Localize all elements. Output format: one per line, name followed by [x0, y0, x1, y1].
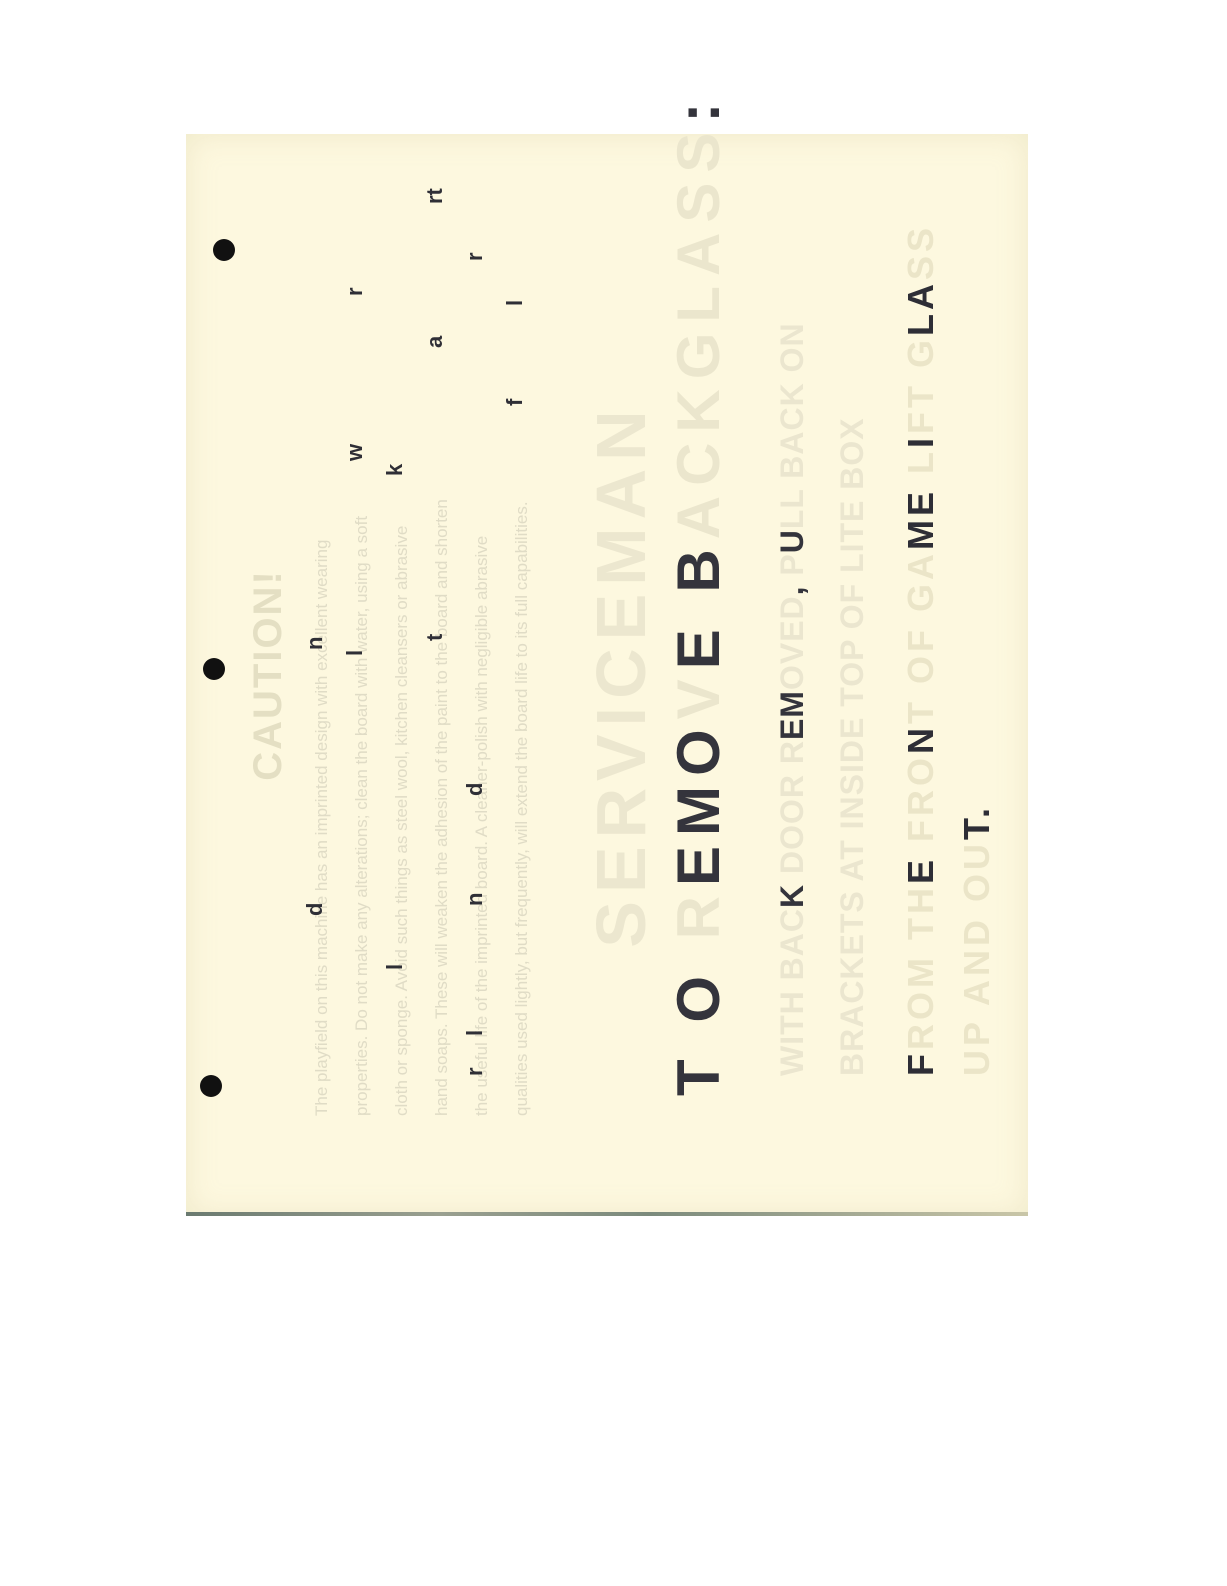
remove-backglass-heading: T O REMOVE BACKGLASS:: [664, 93, 733, 1096]
surviving-glyphs: d n l w r l k t a rt r l n d r f l: [302, 134, 542, 1216]
instruction-line-1: WITH BACK DOOR REMOVED, PULL BACK ON: [774, 322, 811, 1076]
instruction-line-3: FROM THE FRONT OF GAME LIFT GLASS: [900, 224, 942, 1076]
serviceman-heading: SERVICEMAN: [581, 134, 661, 1216]
instruction-line-4: UP AND OUT.: [956, 804, 998, 1076]
rotated-content: CAUTION! The playfield on this machine h…: [186, 134, 1028, 1216]
caution-title: CAUTION!: [246, 134, 291, 1216]
instruction-line-2: BRACKETS AT INSIDE TOP OF LITE BOX: [834, 417, 871, 1076]
